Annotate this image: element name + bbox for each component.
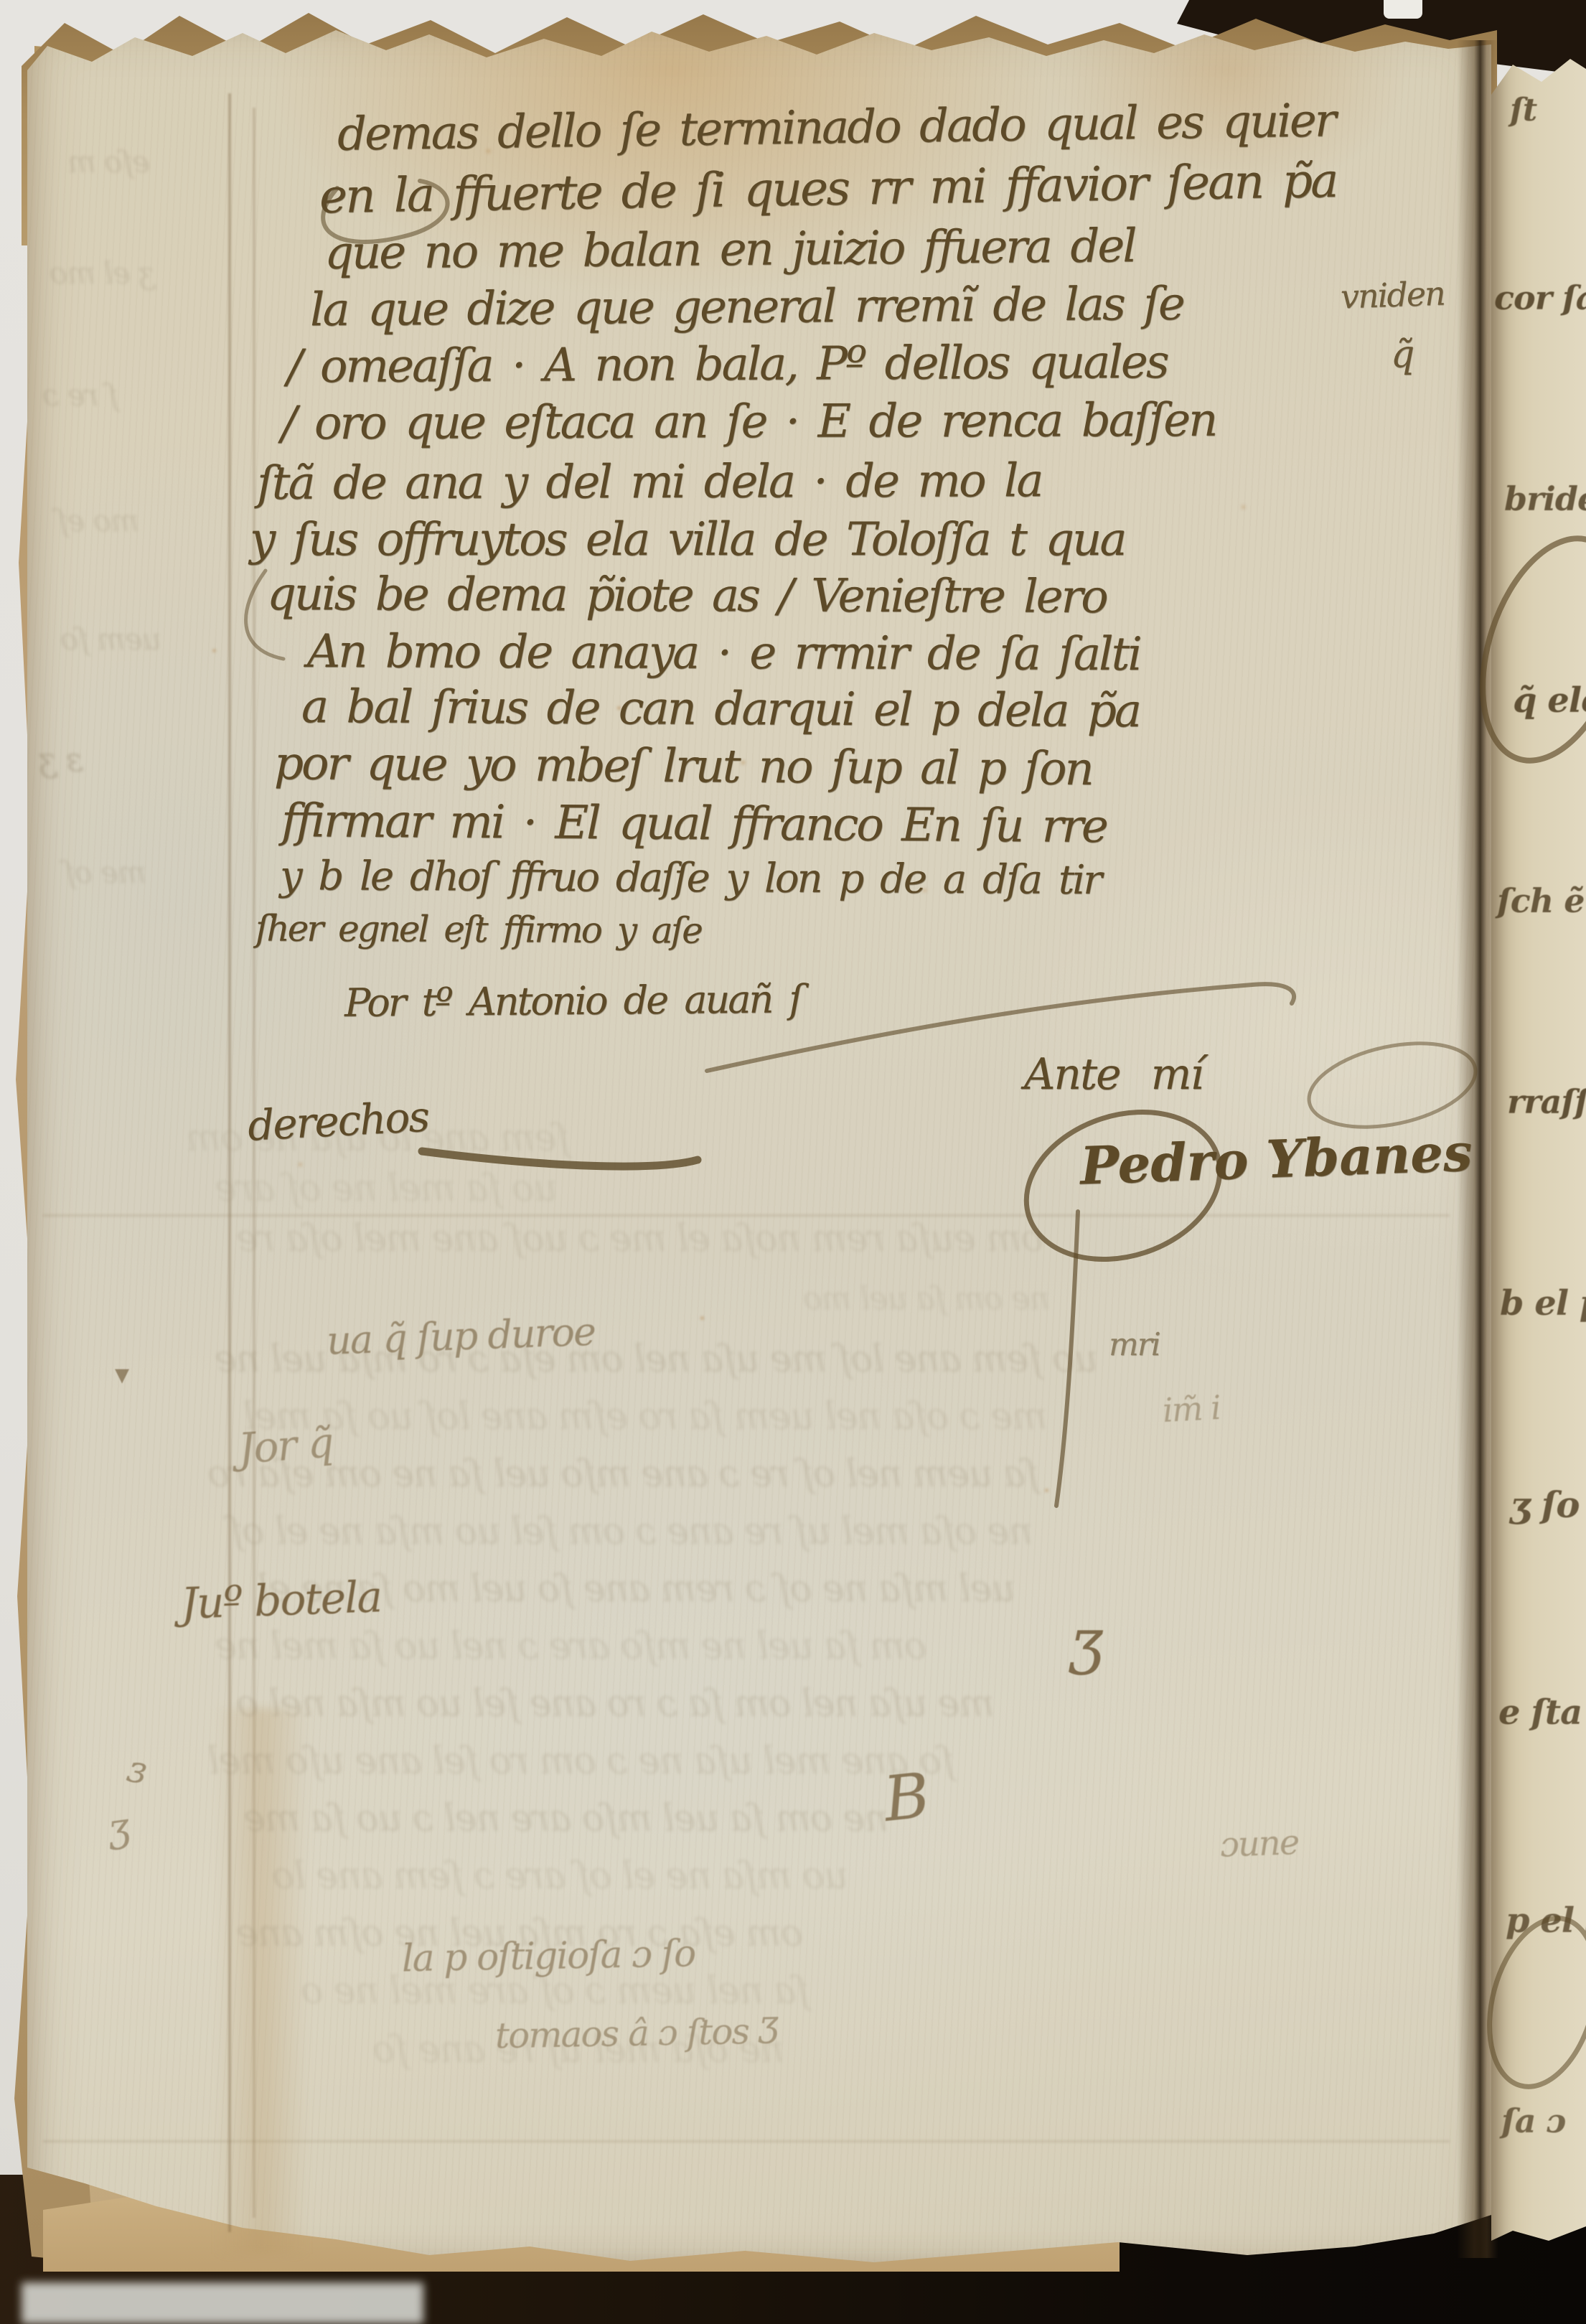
facing-page-flourish-upper	[1457, 520, 1586, 779]
attestation-ante-mi: Ante mí	[1024, 1049, 1203, 1100]
facing-page-flourish-lower	[1472, 1906, 1586, 2099]
line9-initial-flourish	[246, 571, 283, 659]
fee-note: derechos	[246, 1092, 429, 1150]
signature-sub-mark: mri	[1109, 1326, 1160, 1363]
closing-swoosh	[707, 984, 1294, 1071]
manuscript-photo: ſtcor ſabridenq̃ eleſch ẽrraſſenb el pʒ …	[0, 0, 1586, 2324]
fee-note-tail-stroke	[422, 1151, 698, 1166]
line2-loop-flourish	[323, 181, 447, 242]
